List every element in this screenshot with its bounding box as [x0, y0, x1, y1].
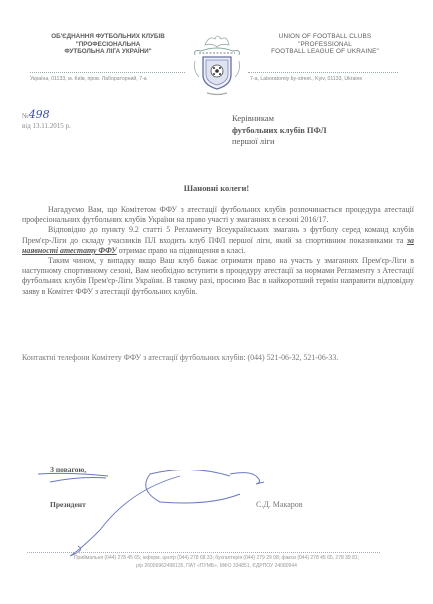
letter-date: від 13.11.2015 р.: [22, 122, 71, 130]
letterhead-left-line: ФУТБОЛЬНА ЛІГА УКРАЇНИ": [38, 48, 178, 56]
addressee-block: Керівникам футбольних клубів ПФЛ першої …: [232, 113, 327, 148]
letterhead-right: UNION OF FOOTBALL CLUBS "PROFESSIONAL FO…: [255, 33, 395, 56]
addressee-line: Керівникам: [232, 113, 327, 125]
paragraph-2: Відповідно до пункту 9.2 статті 5 Реглам…: [22, 225, 414, 256]
letterhead-right-line: "PROFESSIONAL: [255, 41, 395, 49]
handwritten-number: 498: [29, 108, 50, 121]
signatory-title: Президент: [50, 500, 86, 509]
letterhead-divider-left: [30, 72, 185, 73]
address-right: 7-a, Laboratorniy by-street., Kyiv, 0113…: [250, 76, 362, 82]
handwritten-signature-icon: [30, 470, 290, 560]
footer: Приймальня (044) 278 45 65; інформ. цент…: [0, 555, 433, 570]
signatory-name: С.Д. Макаров: [256, 500, 303, 509]
letterhead-divider-right: [248, 72, 398, 73]
contact-phones: Контактні телефони Комітету ФФУ з атеста…: [22, 352, 414, 365]
letterhead-right-line: FOOTBALL LEAGUE OF UKRAINE": [255, 48, 395, 56]
greeting: Шановні колеги!: [0, 183, 433, 193]
letterhead-right-line: UNION OF FOOTBALL CLUBS: [255, 33, 395, 41]
footer-line: Приймальня (044) 278 45 65; інформ. цент…: [0, 555, 433, 563]
address-left: Україна, 01133, м. Київ, пров. Лаборатор…: [30, 76, 147, 82]
outgoing-number: №498: [22, 108, 50, 121]
footer-line: р/р 26006962498135, ПАТ «ПУМБ», МФО 3348…: [0, 563, 433, 571]
number-prefix: №: [22, 112, 29, 120]
paragraph-3: Таким чином, у випадку якщо Ваш клуб баж…: [22, 256, 414, 297]
addressee-line: першої ліги: [232, 136, 327, 148]
paragraph-2-text: Відповідно до пункту 9.2 статті 5 Реглам…: [22, 225, 414, 244]
footer-divider: [27, 552, 380, 553]
addressee-line: футбольних клубів ПФЛ: [232, 125, 327, 137]
paragraph-1: Нагадуємо Вам, що Комітетом ФФУ з атеста…: [22, 205, 414, 225]
letterhead-left-line: ОБ'ЄДНАННЯ ФУТБОЛЬНИХ КЛУБІВ: [38, 33, 178, 41]
paragraph-2-tail: отримає право на підвищення в класі.: [117, 246, 246, 255]
letter-body: Нагадуємо Вам, що Комітетом ФФУ з атеста…: [22, 205, 414, 297]
letterhead-left: ОБ'ЄДНАННЯ ФУТБОЛЬНИХ КЛУБІВ "ПРОФЕСІОНА…: [38, 33, 178, 56]
pfl-crest-icon: [191, 31, 243, 97]
letterhead-left-line: "ПРОФЕСІОНАЛЬНА: [38, 41, 178, 49]
